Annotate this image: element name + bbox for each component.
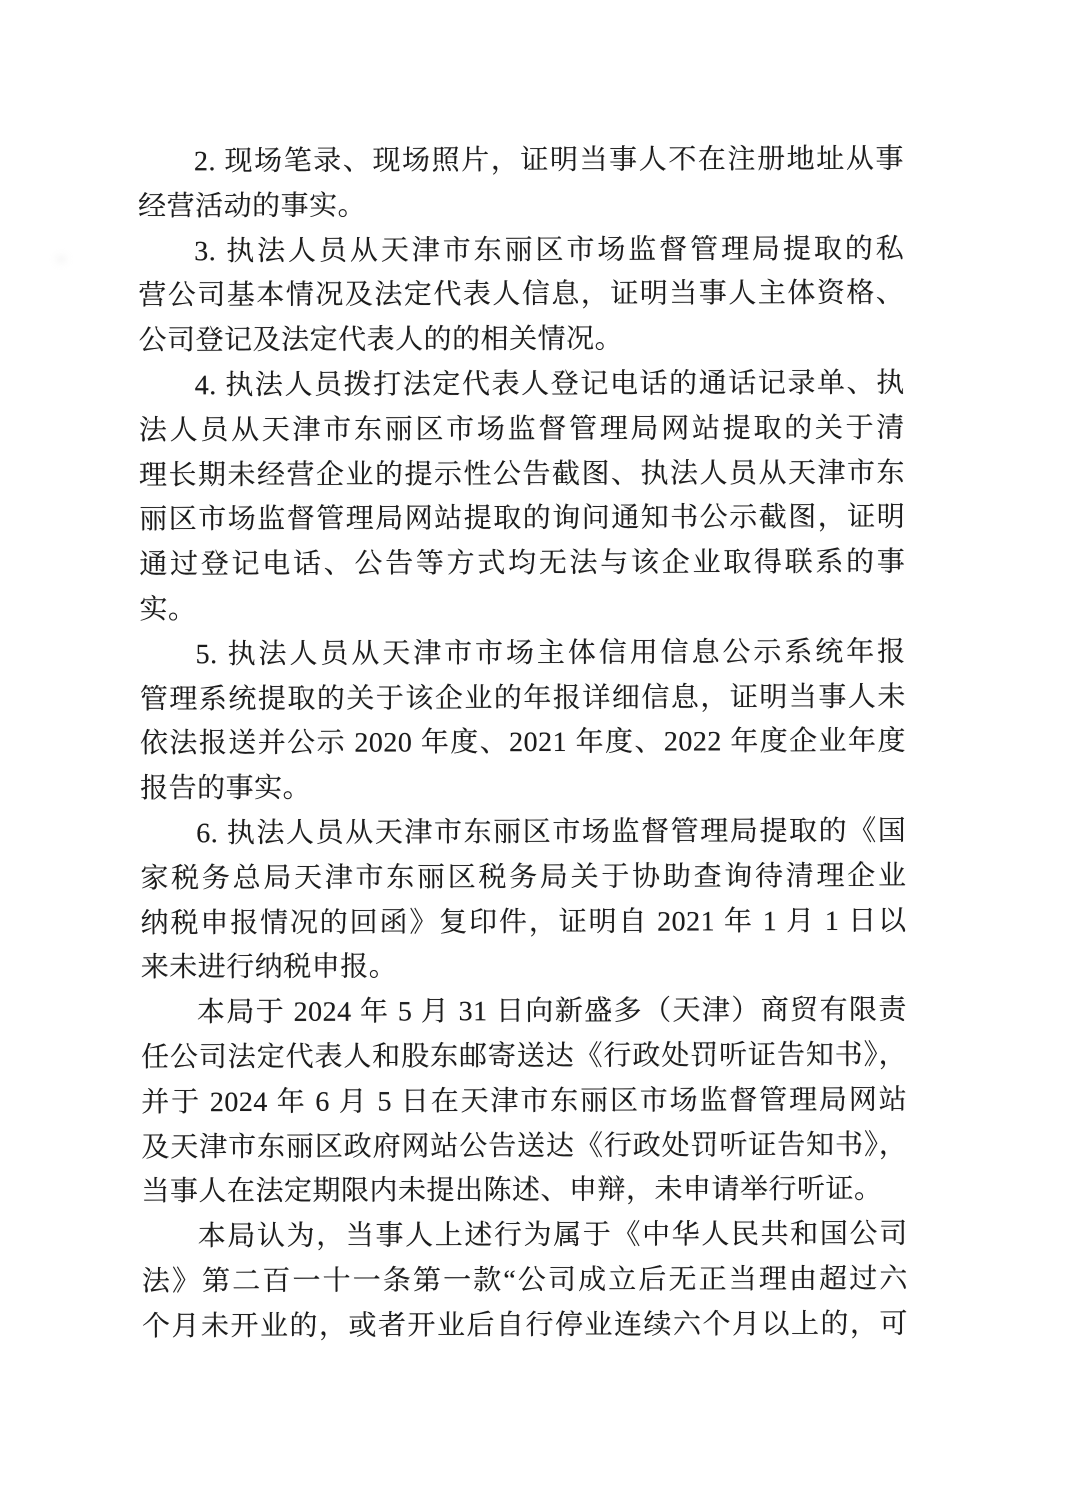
text-line: 法》第二百一十一条第一款“公司成立后无正当理由超过六 [142,1258,908,1305]
paragraph: 3. 执法人员从天津市东丽区市场监督管理局提取的私营公司基本情况及法定代表人信息… [138,227,904,364]
text-line: 并于 2024 年 6 月 5 日在天津市东丽区市场监督管理局网站 [141,1078,907,1125]
text-line: 4. 执法人员拨打法定代表人登记电话的通话记录单、执 [139,362,905,409]
text-line: 实。 [139,586,905,633]
text-line: 经营活动的事实。 [138,183,904,230]
text-line: 2. 现场笔录、现场照片，证明当事人不在注册地址从事 [138,138,904,185]
paragraph: 5. 执法人员从天津市市场主体信用信息公示系统年报管理系统提取的关于该企业的年报… [140,630,907,812]
paragraph: 4. 执法人员拨打法定代表人登记电话的通话记录单、执法人员从天津市东丽区市场监督… [139,362,906,633]
paragraph: 本局于 2024 年 5 月 31 日向新盛多（天津）商贸有限责任公司法定代表人… [141,989,908,1216]
text-line: 来未进行纳税申报。 [141,944,907,991]
paragraph: 6. 执法人员从天津市东丽区市场监督管理局提取的《国家税务总局天津市东丽区税务局… [140,810,907,992]
document-body: 2. 现场笔录、现场照片，证明当事人不在注册地址从事经营活动的事实。3. 执法人… [138,138,908,1350]
text-line: 当事人在法定期限内未提出陈述、申辩，未申请举行听证。 [141,1168,907,1215]
text-line: 管理系统提取的关于该企业的年报详细信息，证明当事人未 [140,675,906,722]
text-line: 3. 执法人员从天津市东丽区市场监督管理局提取的私 [138,227,904,274]
text-line: 及天津市东丽区政府网站公告送达《行政处罚听证告知书》， [141,1123,907,1170]
text-line: 6. 执法人员从天津市东丽区市场监督管理局提取的《国 [140,810,906,857]
text-line: 法人员从天津市东丽区市场监督管理局网站提取的关于清 [139,406,905,453]
document-page: 2. 现场笔录、现场照片，证明当事人不在注册地址从事经营活动的事实。3. 执法人… [0,0,1075,1511]
text-line: 通过登记电话、公告等方式均无法与该企业取得联系的事 [139,541,905,588]
paragraph: 2. 现场笔录、现场照片，证明当事人不在注册地址从事经营活动的事实。 [138,138,904,230]
text-line: 公司登记及法定代表人的的相关情况。 [138,317,904,364]
text-line: 个月未开业的，或者开业后自行停业连续六个月以上的，可 [142,1302,908,1349]
text-line: 理长期未经营企业的提示性公告截图、执法人员从天津市东 [139,451,905,498]
text-line: 家税务总局天津市东丽区税务局关于协助查询待清理企业 [140,854,906,901]
scan-smudge [56,256,66,263]
text-line: 本局于 2024 年 5 月 31 日向新盛多（天津）商贸有限责 [141,989,907,1036]
text-line: 依法报送并公示 2020 年度、2021 年度、2022 年度企业年度 [140,720,906,767]
text-line: 营公司基本情况及法定代表人信息，证明当事人主体资格、 [138,272,904,319]
text-line: 5. 执法人员从天津市市场主体信用信息公示系统年报 [140,630,906,677]
text-line: 报告的事实。 [140,765,906,812]
text-line: 任公司法定代表人和股东邮寄送达《行政处罚听证告知书》， [141,1034,907,1081]
paragraph: 本局认为，当事人上述行为属于《中华人民共和国公司法》第二百一十一条第一款“公司成… [142,1213,908,1350]
text-line: 本局认为，当事人上述行为属于《中华人民共和国公司 [142,1213,908,1260]
text-line: 纳税申报情况的回函》复印件，证明自 2021 年 1 月 1 日以 [141,899,907,946]
text-line: 丽区市场监督管理局网站提取的询问通知书公示截图，证明 [139,496,905,543]
